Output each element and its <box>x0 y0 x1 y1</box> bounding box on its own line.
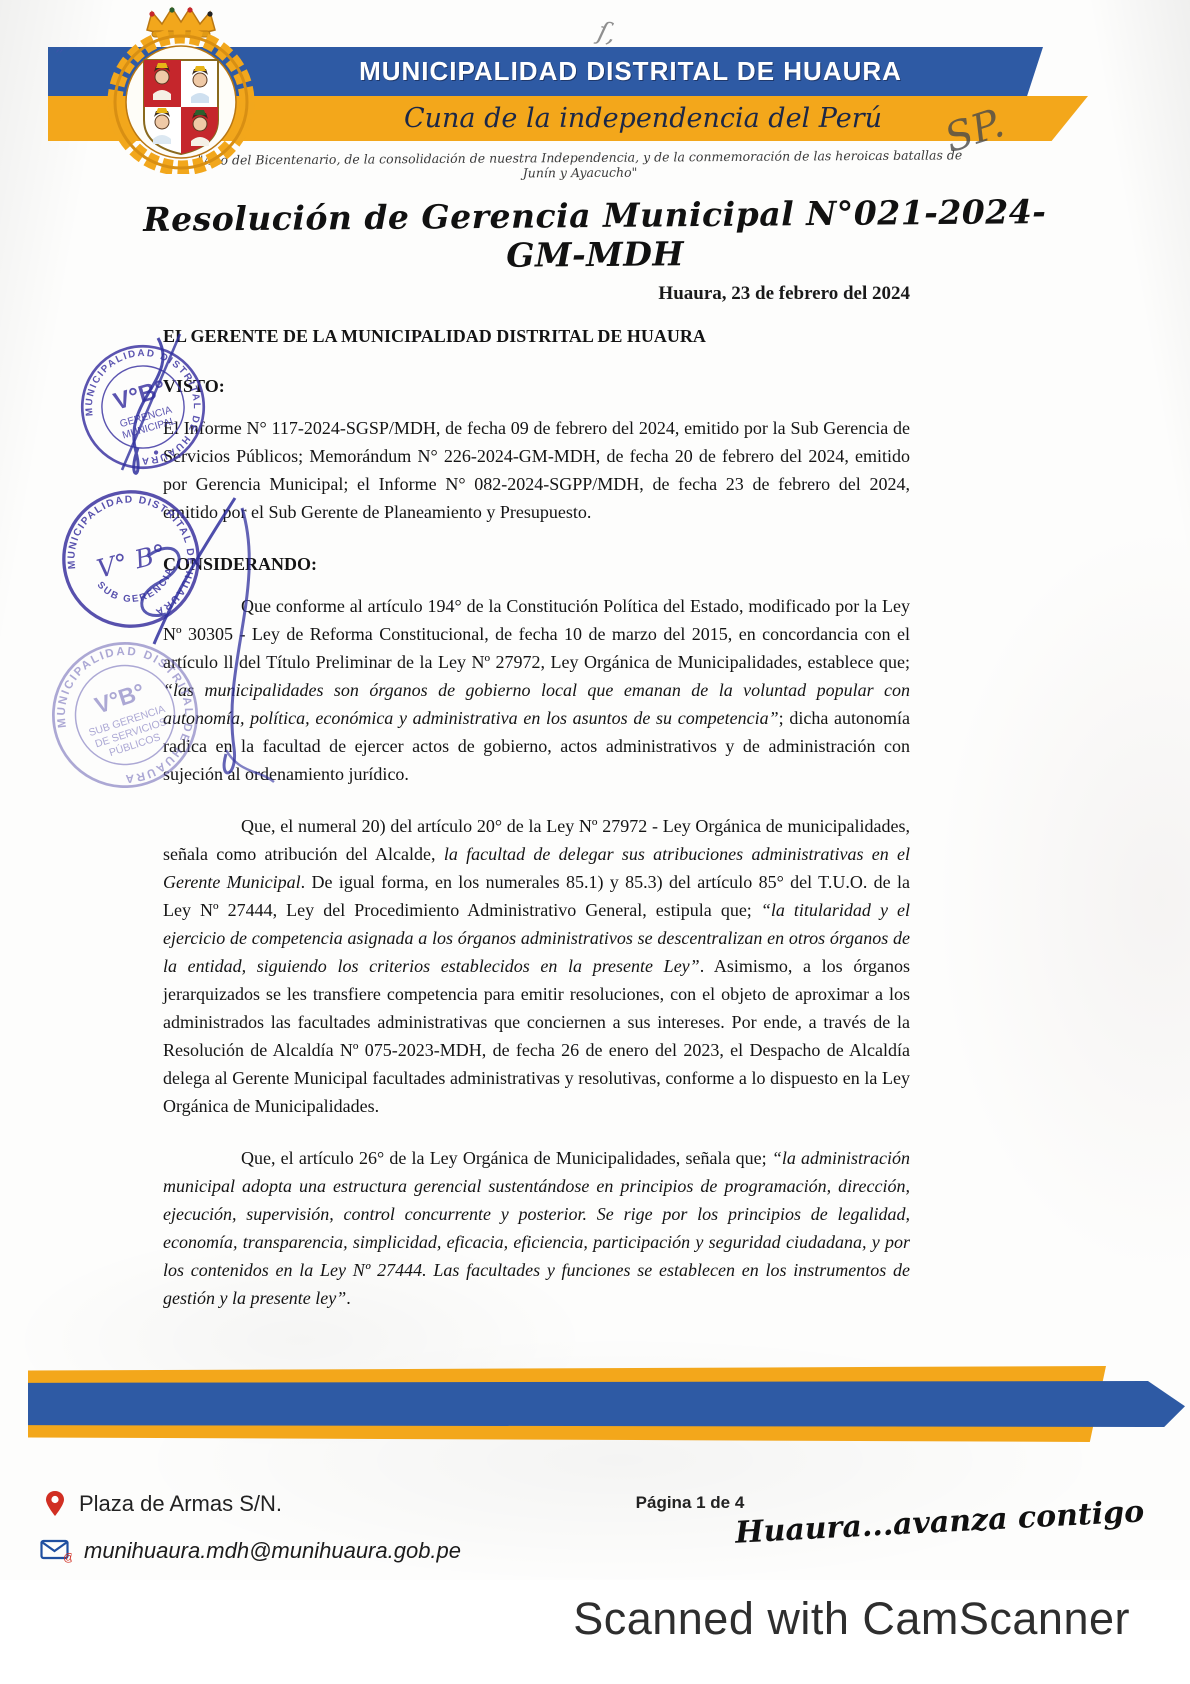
scan-paper-area: MUNICIPALIDAD DISTRITAL DE HUAURA Cuna d… <box>0 0 1190 1580</box>
coat-of-arms-icon <box>92 2 270 174</box>
svg-text:@: @ <box>63 1552 72 1563</box>
email-row: @ munihuaura.mdh@munihuaura.gob.pe <box>40 1538 461 1564</box>
email-text: munihuaura.mdh@munihuaura.gob.pe <box>84 1538 461 1564</box>
bicentenario-motto: "Año del Bicentenario, de la consolidaci… <box>195 147 965 182</box>
location-pin-icon <box>45 1490 65 1518</box>
address-row: Plaza de Armas S/N. <box>45 1490 282 1518</box>
considerando-paragraph-2: Que, el numeral 20) del artículo 20° de … <box>163 812 910 1120</box>
scanned-document-page: MUNICIPALIDAD DISTRITAL DE HUAURA Cuna d… <box>0 0 1190 1684</box>
address-text: Plaza de Armas S/N. <box>79 1491 282 1517</box>
date-line: Huaura, 23 de febrero del 2024 <box>163 283 910 305</box>
org-name: MUNICIPALIDAD DISTRITAL DE HUAURA <box>189 56 902 87</box>
page-indicator: Página 1 de 4 <box>540 1493 840 1513</box>
org-tagline: Cuna de la independencia del Perú <box>254 103 882 134</box>
resolution-title: Resolución de Gerencia Municipal N°021-2… <box>120 192 1071 278</box>
scan-speck: ′′ <box>56 46 63 65</box>
camscanner-watermark: Scanned with CamScanner <box>0 1593 1130 1645</box>
considerando-paragraph-3: Que, el artículo 26° de la Ley Orgánica … <box>163 1144 910 1312</box>
email-envelope-icon: @ <box>40 1539 72 1563</box>
signature-strokes <box>30 330 290 810</box>
footer-blue-band <box>28 1381 1185 1427</box>
scan-speck: ſ, <box>595 16 620 49</box>
